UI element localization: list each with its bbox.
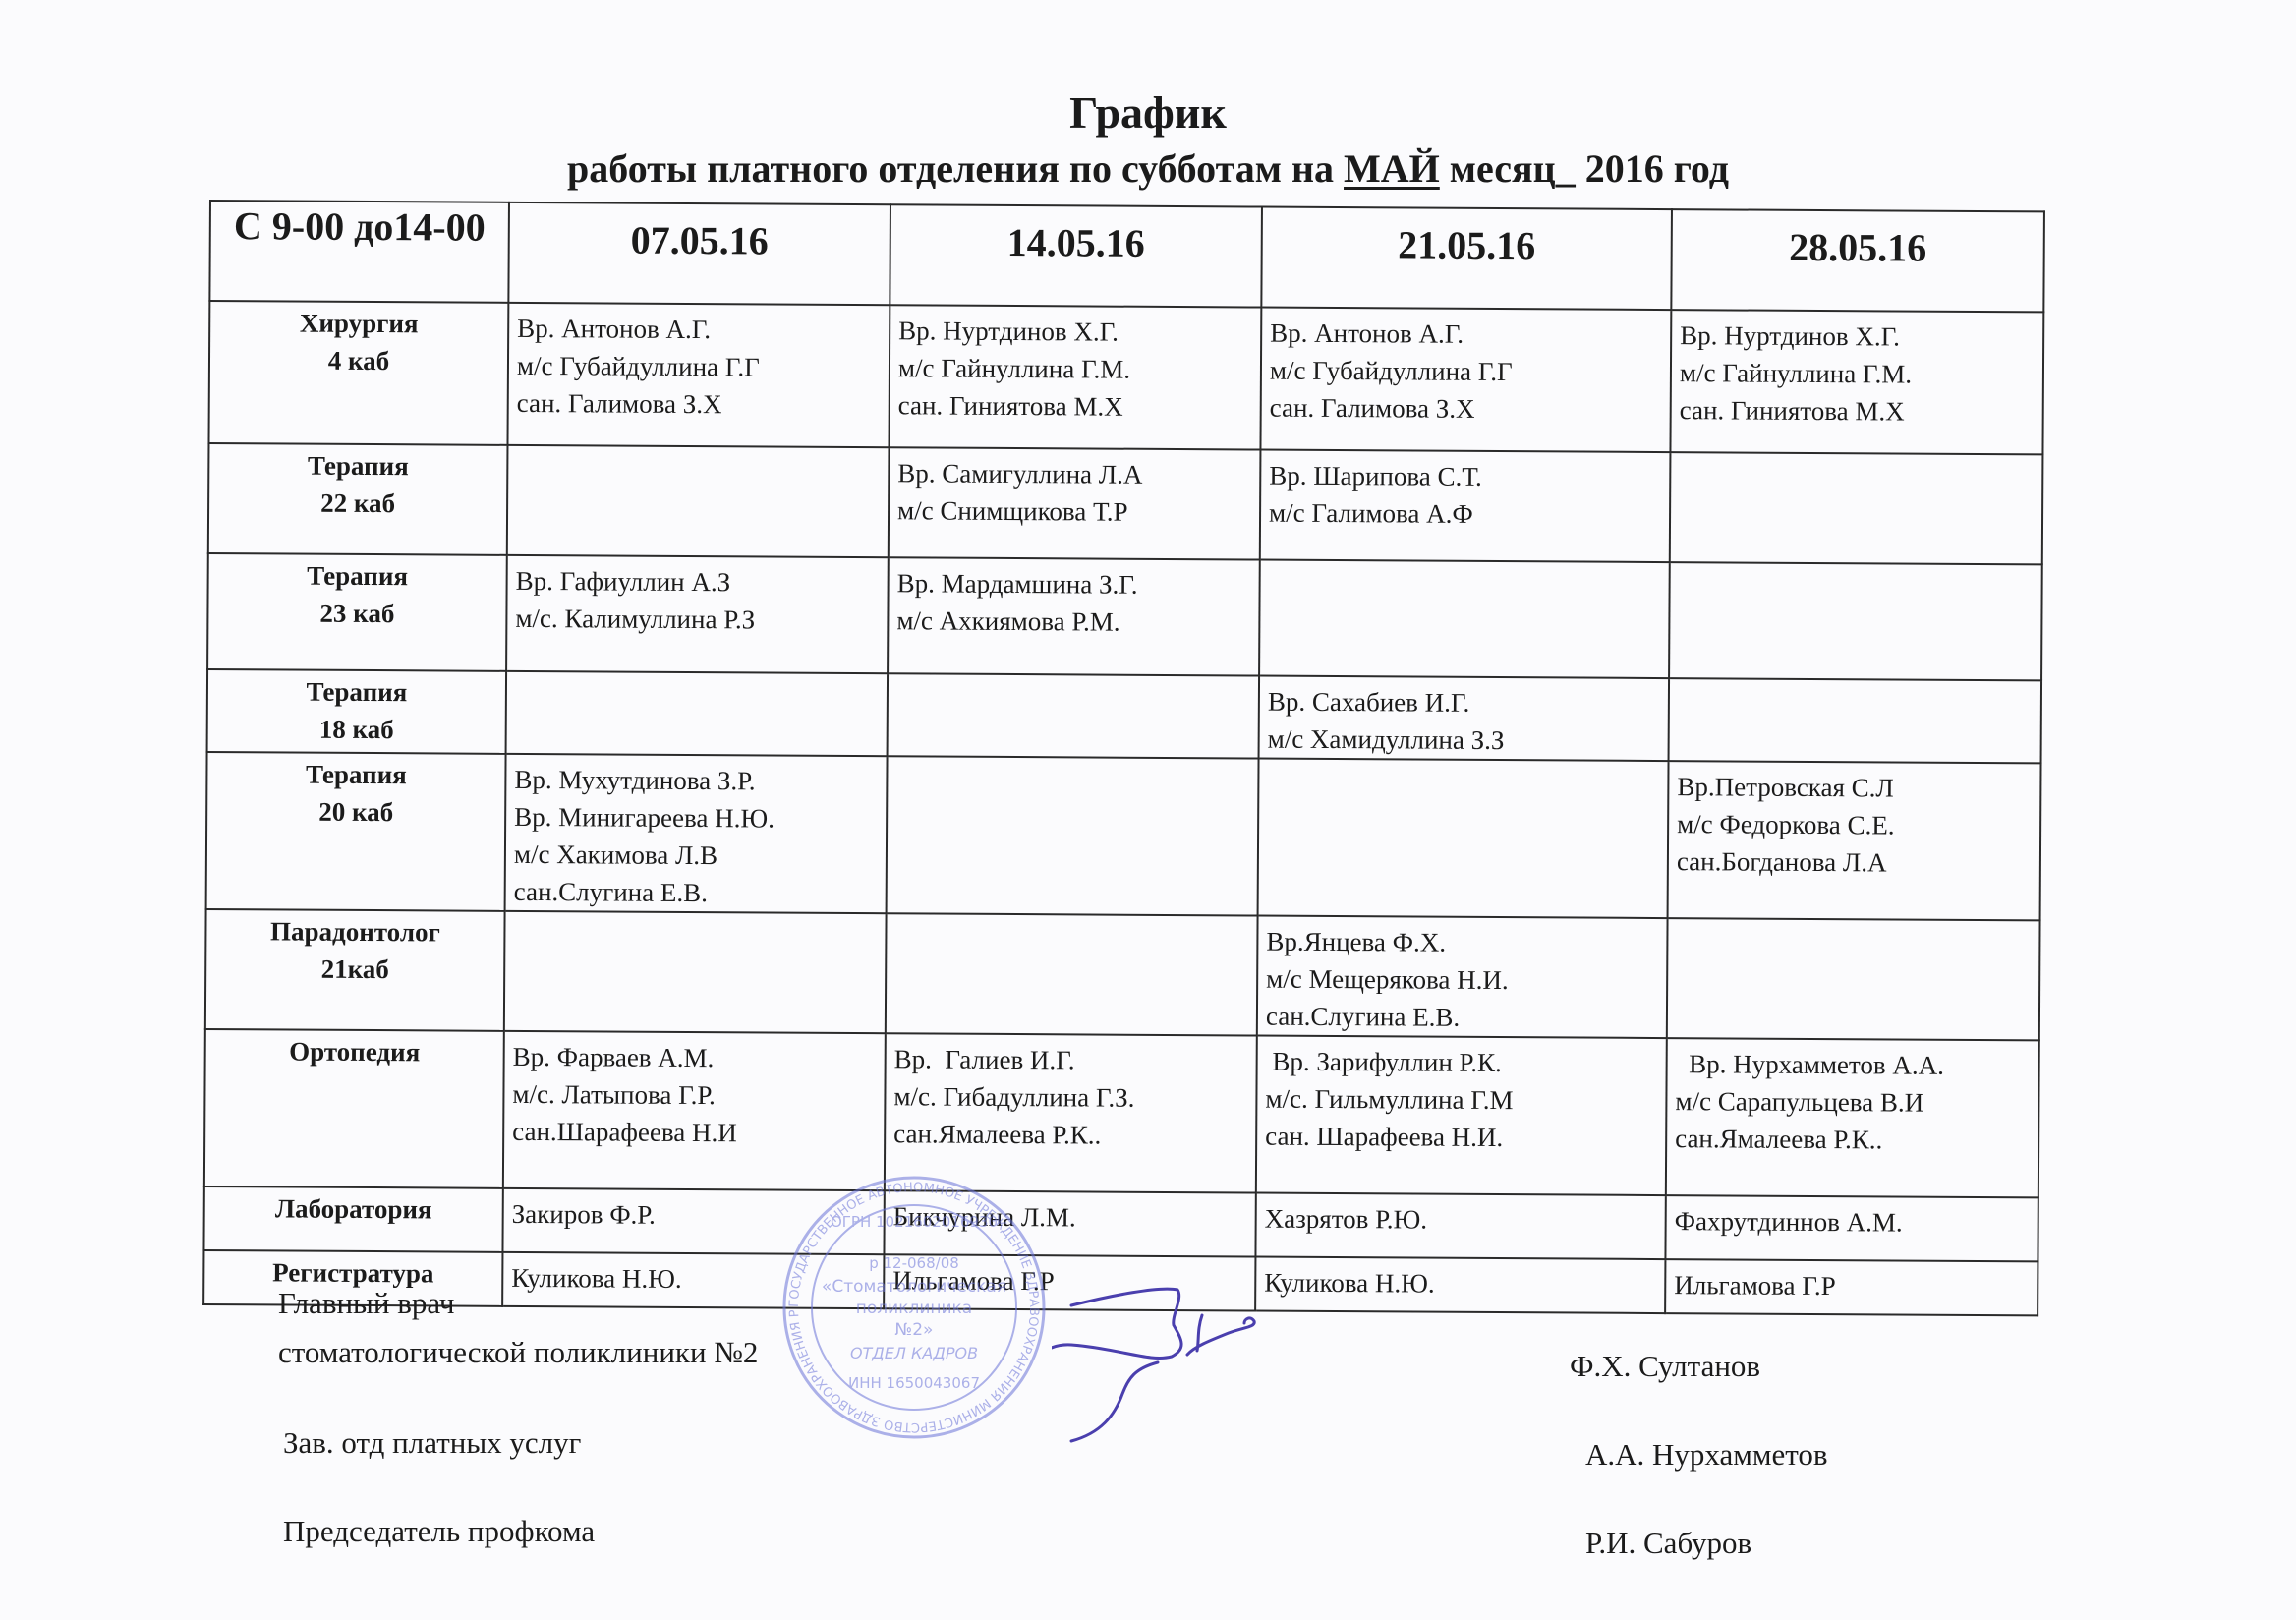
staff-name: м/с Хамидуллина З.З [1268, 721, 1660, 760]
time-range-header: С 9-00 до14-00 [209, 201, 509, 303]
staff-cell: Вр.Янцева Ф.Х.м/с Мещерякова Н.И.сан.Слу… [1257, 916, 1668, 1039]
staff-name: Хазрятов Р.Ю. [1265, 1200, 1657, 1240]
svg-text:«Стоматологическая: «Стоматологическая [822, 1277, 1006, 1297]
staff-name: м/с. Калимуллина Р.З [515, 600, 879, 639]
staff-name: м/с. Латыпова Г.Р. [512, 1075, 876, 1115]
svg-text:ОГРН 1021602016930: ОГРН 1021602016930 [831, 1213, 998, 1231]
staff-name: м/с Губайдуллина Г.Г [517, 347, 881, 386]
staff-cell [1669, 562, 2042, 680]
staff-name: сан.Ямалеева Р.К.. [1675, 1120, 2030, 1159]
staff-name: м/с Мещерякова Н.И. [1266, 960, 1658, 1000]
staff-name: Вр. Фарваев А.М. [513, 1038, 877, 1077]
department-cell: Парадонтолог21каб [205, 909, 505, 1031]
header-row: С 9-00 до14-0007.05.1614.05.1621.05.1628… [209, 201, 2044, 312]
staff-cell: Вр. Нурхамметов А.А.м/с Сарапульцева В.И… [1666, 1038, 2039, 1197]
subtitle-month: МАЙ [1344, 146, 1440, 191]
department-cell: Терапия20 каб [206, 752, 506, 911]
staff-cell [1669, 678, 2042, 763]
staff-name: Вр. Сахабиев И.Г. [1268, 683, 1660, 723]
staff-cell: Вр. Мардамшина З.Г.м/с Ахкиямова Р.М. [888, 557, 1260, 675]
staff-cell: Ильгамова Г.Р [1665, 1259, 2038, 1315]
staff-name: м/с Сарапульцева В.И [1675, 1082, 2030, 1122]
staff-name: Вр.Петровская С.Л [1677, 768, 2032, 807]
staff-name: Вр. Самигуллина Л.А [897, 454, 1251, 493]
staff-name: сан. Шарафеева Н.И. [1265, 1118, 1657, 1157]
table-row: Терапия22 кабВр. Самигуллина Л.Ам/с Сним… [208, 443, 2043, 564]
staff-name: Вр. Антонов А.Г. [517, 310, 881, 349]
staff-cell [504, 911, 887, 1033]
staff-name: сан.Ямалеева Р.К.. [893, 1115, 1247, 1154]
staff-cell: Вр. Зарифуллин Р.К.м/с. Гильмуллина Г.Мс… [1256, 1036, 1667, 1196]
department-label: Терапия [217, 556, 498, 596]
table-row: Терапия18 кабВр. Сахабиев И.Г.м/с Хамиду… [207, 669, 2041, 763]
staff-cell: Вр. Сахабиев И.Г.м/с Хамидуллина З.З [1259, 676, 1670, 762]
staff-cell: Вр. Самигуллина Л.Ам/с Снимщикова Т.Р [889, 447, 1261, 559]
staff-name: Вр. Нурхамметов А.А. [1676, 1045, 2031, 1084]
staff-name: Ильгамова Г.Р [1674, 1266, 2029, 1305]
staff-name: Вр. Зарифуллин Р.К. [1266, 1043, 1658, 1082]
staff-cell: Вр. Антонов А.Г.м/с Губайдуллина Г.Гсан.… [507, 303, 890, 447]
department-label: Терапия [216, 672, 497, 712]
table-row: ЛабораторияЗакиров Ф.Р.Бикчурина Л.М.Хаз… [203, 1186, 2038, 1261]
union-name: Р.И. Сабуров [1585, 1526, 1751, 1561]
signature-icon [1052, 1268, 1386, 1455]
table-row: Терапия20 кабВр. Мухутдинова З.Р.Вр. Мин… [206, 752, 2041, 920]
staff-name: Вр.Янцева Ф.Х. [1266, 923, 1658, 962]
department-label: 18 каб [216, 710, 497, 749]
staff-name: Вр. Нуртдинов Х.Г. [1680, 317, 2035, 356]
staff-cell [886, 913, 1258, 1035]
table-row: Терапия23 кабВр. Гафиуллин А.Зм/с. Калим… [207, 553, 2042, 680]
department-cell: Терапия23 каб [207, 553, 507, 671]
staff-cell [1667, 918, 2040, 1040]
staff-cell: Вр. Антонов А.Г.м/с Губайдуллина Г.Гсан.… [1260, 308, 1671, 453]
date-header: 28.05.16 [1671, 209, 2044, 312]
svg-text:№2»: №2» [895, 1320, 934, 1340]
staff-cell: Вр. Фарваев А.М.м/с. Латыпова Г.Р.сан.Ша… [503, 1031, 886, 1190]
staff-name: сан.Богданова Л.А [1677, 842, 2032, 882]
department-label: 21каб [214, 950, 495, 989]
staff-name: м/с. Гильмуллина Г.М [1265, 1080, 1657, 1120]
staff-name: м/с Федоркова С.Е. [1677, 805, 2032, 844]
table-row: Хирургия4 кабВр. Антонов А.Г.м/с Губайду… [208, 301, 2043, 454]
department-label: Парадонтолог [214, 912, 495, 952]
staff-name: сан.Шарафеева Н.И [512, 1113, 876, 1152]
document-subtitle: работы платного отделения по субботам на… [0, 145, 2296, 192]
svg-text:р 12-068/08: р 12-068/08 [869, 1254, 959, 1272]
department-cell: Ортопедия [204, 1029, 504, 1188]
chief-role-line2: стоматологической поликлиники №2 [278, 1335, 758, 1370]
department-label: 20 каб [215, 792, 496, 832]
department-cell: Лаборатория [203, 1186, 502, 1252]
staff-name: м/с Гайнуллина Г.М. [1680, 354, 2035, 393]
schedule-table: С 9-00 до14-0007.05.1614.05.1621.05.1628… [202, 200, 2045, 1316]
staff-name: м/с Хакимова Л.В [514, 836, 878, 875]
svg-text:поликлиника: поликлиника [856, 1299, 972, 1318]
staff-cell [888, 673, 1260, 758]
paid-head-name: А.А. Нурхамметов [1585, 1437, 1828, 1473]
staff-name: сан. Гиниятова М.Х [898, 386, 1252, 426]
staff-name: м/с Снимщикова Т.Р [897, 492, 1251, 531]
staff-cell: Хазрятов Р.Ю. [1255, 1193, 1665, 1260]
paid-head-role: Зав. отд платных услуг [283, 1425, 581, 1461]
subtitle-prefix: работы платного отделения по субботам на [567, 146, 1344, 191]
department-label: Ортопедия [214, 1032, 495, 1071]
department-label: Хирургия [218, 304, 499, 343]
staff-name: м/с Ахкиямова Р.М. [896, 602, 1250, 641]
staff-cell: Вр. Нуртдинов Х.Г.м/с Гайнуллина Г.М.сан… [889, 305, 1261, 449]
department-label: Терапия [217, 446, 498, 486]
staff-name: сан. Гиниятова М.Х [1680, 391, 2035, 431]
staff-cell: Вр. Нуртдинов Х.Г.м/с Гайнуллина Г.М.сан… [1670, 310, 2043, 454]
staff-name: сан.Слугина Е.В. [514, 873, 878, 912]
staff-cell [887, 756, 1259, 915]
staff-cell: Фахрутдиннов А.М. [1665, 1195, 2038, 1261]
staff-name: сан.Слугина Е.В. [1266, 998, 1658, 1037]
document-title: График [0, 87, 2296, 139]
date-header: 21.05.16 [1261, 207, 1672, 311]
staff-name: Вр. Минигареева Н.Ю. [514, 798, 878, 838]
department-label: 4 каб [218, 341, 499, 380]
staff-name: Вр. Шарипова С.Т. [1269, 457, 1661, 496]
table-row: ОртопедияВр. Фарваев А.М.м/с. Латыпова Г… [204, 1029, 2039, 1197]
staff-name: Вр. Антонов А.Г. [1270, 315, 1662, 354]
union-role: Председатель профкома [283, 1514, 595, 1549]
department-label: Лаборатория [213, 1189, 494, 1229]
department-cell: Хирургия4 каб [208, 301, 508, 445]
department-cell: Терапия22 каб [208, 443, 508, 555]
staff-name: м/с Губайдуллина Г.Г [1270, 352, 1662, 391]
staff-cell [506, 671, 889, 756]
staff-name: Вр. Нуртдинов Х.Г. [898, 312, 1252, 351]
staff-cell [1258, 759, 1669, 919]
staff-name: сан. Галимова З.Х [517, 384, 881, 424]
staff-cell: Вр. Шарипова С.Т.м/с Галимова А.Ф [1260, 450, 1671, 563]
staff-cell [507, 445, 890, 557]
staff-cell [1259, 560, 1670, 679]
staff-cell [1670, 452, 2043, 564]
staff-cell: Вр. Мухутдинова З.Р.Вр. Минигареева Н.Ю.… [505, 754, 888, 913]
staff-name: Вр. Гафиуллин А.З [516, 562, 880, 602]
staff-cell: Вр. Гафиуллин А.Зм/с. Калимуллина Р.З [506, 555, 889, 673]
date-header: 14.05.16 [890, 204, 1262, 307]
subtitle-suffix: месяц_ 2016 год [1440, 146, 1729, 191]
svg-text:ИНН 1650043067: ИНН 1650043067 [848, 1374, 980, 1392]
staff-name: сан. Галимова З.Х [1270, 389, 1662, 429]
date-header: 07.05.16 [508, 202, 890, 305]
table-row: Парадонтолог21кабВр.Янцева Ф.Х.м/с Мещер… [205, 909, 2040, 1040]
staff-name: Вр. Мардамшина З.Г. [897, 564, 1251, 604]
chief-name: Ф.Х. Султанов [1570, 1349, 1760, 1384]
svg-text:ОТДЕЛ КАДРОВ: ОТДЕЛ КАДРОВ [850, 1344, 978, 1362]
staff-name: Вр. Мухутдинова З.Р. [514, 761, 878, 800]
stamp-icon: ГОСУДАРСТВЕННОЕ АВТОНОМНОЕ УЧРЕЖДЕНИЕ ЗД… [776, 1170, 1052, 1445]
staff-name: м/с Галимова А.Ф [1269, 494, 1661, 534]
staff-cell: Вр.Петровская С.Лм/с Федоркова С.Е.сан.Б… [1668, 761, 2041, 920]
staff-name: м/с Гайнуллина Г.М. [898, 349, 1252, 388]
department-label: Терапия [215, 755, 496, 794]
staff-name: м/с. Гибадуллина Г.З. [893, 1077, 1247, 1117]
department-label: 23 каб [216, 594, 497, 633]
department-label: 22 каб [217, 484, 498, 523]
department-cell: Терапия18 каб [207, 669, 507, 754]
staff-name: Вр. Галиев И.Г. [894, 1040, 1248, 1079]
chief-role-line1: Главный врач [278, 1286, 454, 1321]
staff-name: Фахрутдиннов А.М. [1675, 1202, 2030, 1242]
